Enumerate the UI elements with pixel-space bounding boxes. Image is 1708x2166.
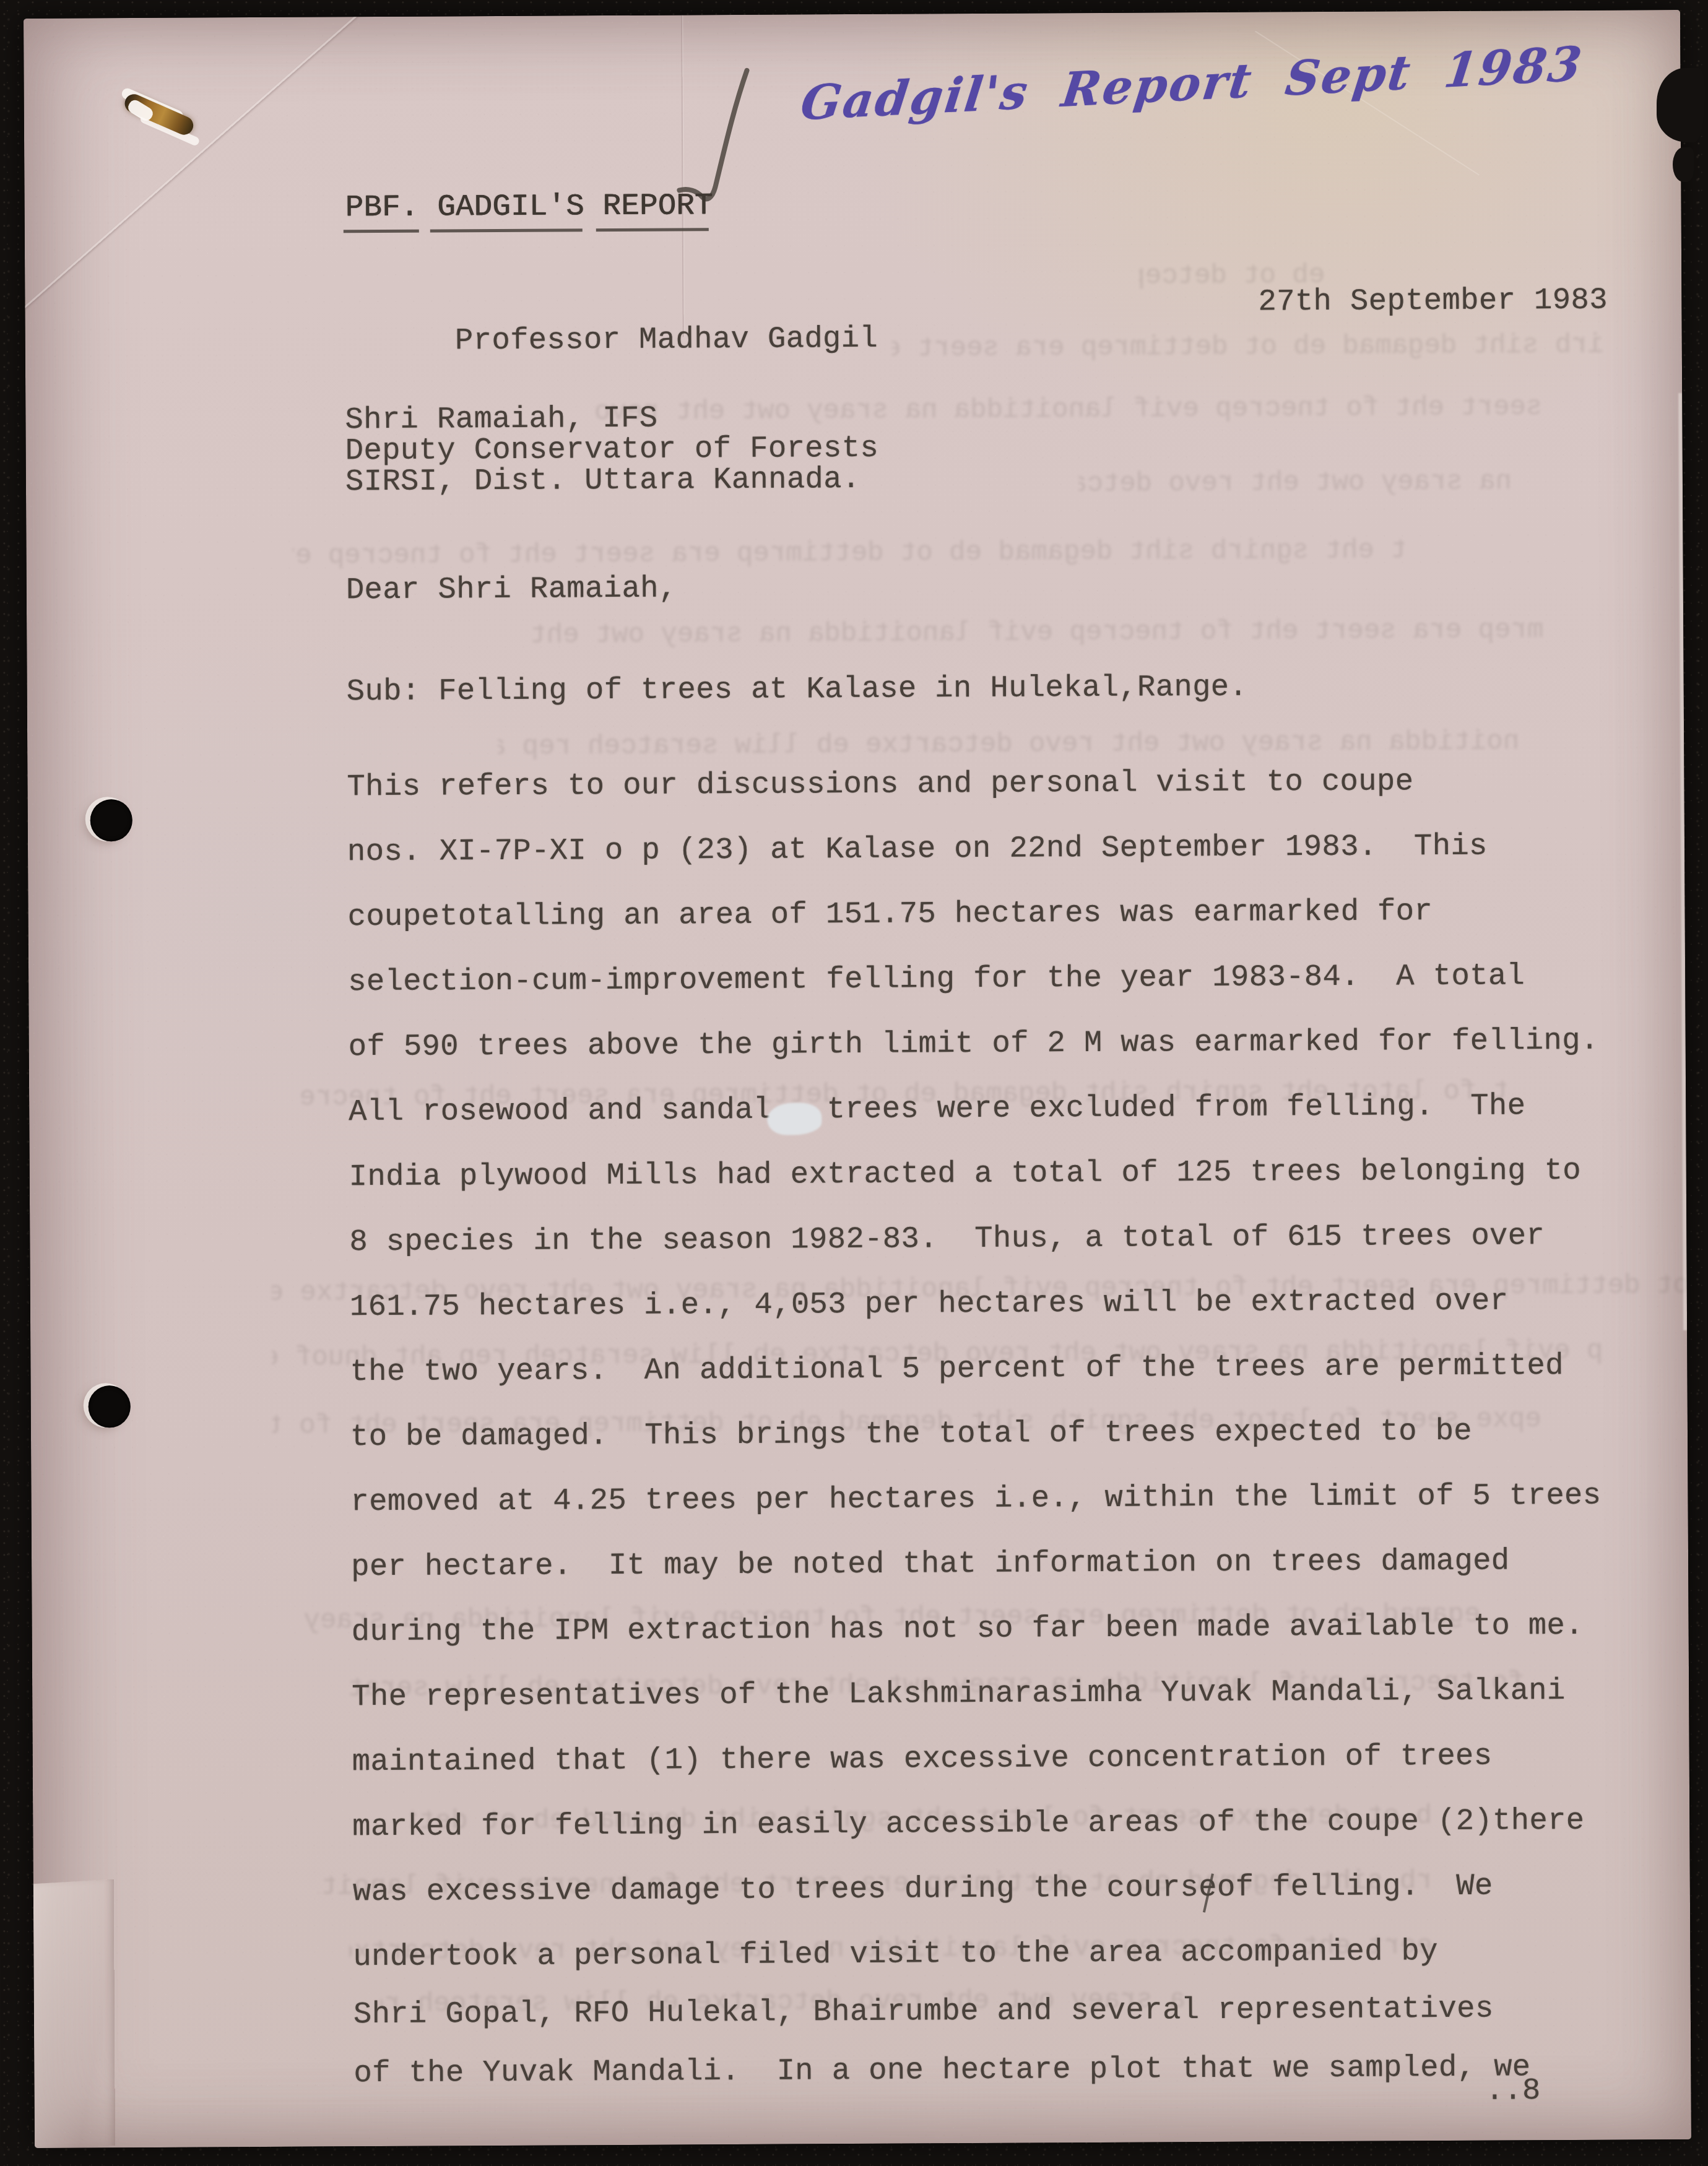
typed-line: maintained that (1) there was excessive … — [352, 1723, 1584, 1795]
typed-line: marked for felling in easily accessible … — [352, 1788, 1585, 1860]
bleed-through-line: mrep era seert eht fo tnecrep evif lanoi… — [522, 614, 1543, 652]
typed-line: Deputy Conservator of Forests — [345, 433, 879, 467]
torn-edge-notch — [1673, 147, 1694, 182]
scan-background: eb ot detcepirb siht degamad eb ot detti… — [0, 0, 1708, 2166]
typed-line: of the Yuvak Mandali. In a one hectare p… — [353, 2035, 1586, 2106]
typed-line: 161.75 hectares i.e., 4,053 per hectares… — [350, 1268, 1600, 1340]
letter-date: 27th September 1983 — [1258, 283, 1608, 319]
subject-line: Sub: Felling of trees at Kalase in Hulek… — [347, 670, 1248, 709]
typed-line: per hectare. It may be noted that inform… — [351, 1528, 1602, 1600]
staple-rust-mark — [97, 67, 217, 164]
letter-heading: PBF. GADGIL'S REPORT — [345, 188, 713, 225]
typed-line: was excessive damage to trees during the… — [353, 1853, 1585, 1925]
salutation: Dear Shri Ramaiah, — [346, 571, 677, 607]
punch-hole-bottom — [89, 1385, 131, 1427]
typed-line: SIRSI, Dist. Uttara Kannada. — [345, 464, 879, 498]
bleed-through-line: na sraey owt eht revo detca — [1078, 466, 1512, 500]
punch-hole-top — [90, 799, 132, 841]
page-number: ..8 — [1485, 2073, 1540, 2108]
typed-line: of 590 trees above the girth limit of 2 … — [348, 1008, 1598, 1080]
handwritten-note: Gadgil's Report Sept 1983 — [798, 36, 1587, 131]
typed-line: The representatives of the Lakshminarasi… — [352, 1658, 1584, 1730]
body-paragraph-1: This refers to our discussions and perso… — [347, 748, 1602, 1665]
paper-fold-edge — [33, 1879, 115, 2148]
typed-line: 8 species in the season 1982-83. Thus, a… — [349, 1203, 1600, 1275]
recipient-address: Shri Ramaiah, IFSDeputy Conservator of F… — [345, 402, 878, 498]
bleed-through-text: eb ot detcepirb siht degamad eb ot detti… — [24, 10, 1680, 19]
rust-streak — [122, 91, 196, 137]
torn-edge-bite — [1657, 68, 1705, 142]
author-name: Professor Madhav Gadgil — [455, 321, 878, 358]
typed-line: India plywood Mills had extracted a tota… — [349, 1138, 1600, 1210]
bleed-through-line: t eht sgnirb siht degamad eb ot dettimre… — [292, 534, 1407, 572]
paper-edge-highlight — [1678, 393, 1687, 1330]
heading-underline — [344, 228, 717, 233]
body-paragraph-2: The representatives of the Lakshminarasi… — [352, 1658, 1586, 2106]
letter-page: eb ot detcepirb siht degamad eb ot detti… — [24, 10, 1691, 2148]
typed-line: during the IPM extraction has not so far… — [351, 1593, 1602, 1665]
typed-line: selection-cum-improvement felling for th… — [348, 943, 1598, 1015]
typed-line: This refers to our discussions and perso… — [347, 748, 1597, 820]
typed-line: Shri Ramaiah, IFS — [345, 402, 878, 436]
whiteout-correction — [767, 1102, 821, 1135]
typed-line: the two years. An additional 5 percent o… — [350, 1333, 1600, 1405]
typed-line: coupetotalling an area of 151.75 hectare… — [347, 878, 1598, 950]
typed-line: All rosewood and sandal trees were exclu… — [349, 1073, 1599, 1145]
typed-line: nos. XI-7P-XI o p (23) at Kalase on 22nd… — [347, 813, 1598, 885]
typed-line: removed at 4.25 trees per hectares i.e.,… — [350, 1463, 1601, 1535]
staple-glint — [126, 98, 155, 123]
paper-crease — [24, 12, 362, 324]
typed-line: to be damaged. This brings the total of … — [350, 1398, 1601, 1470]
